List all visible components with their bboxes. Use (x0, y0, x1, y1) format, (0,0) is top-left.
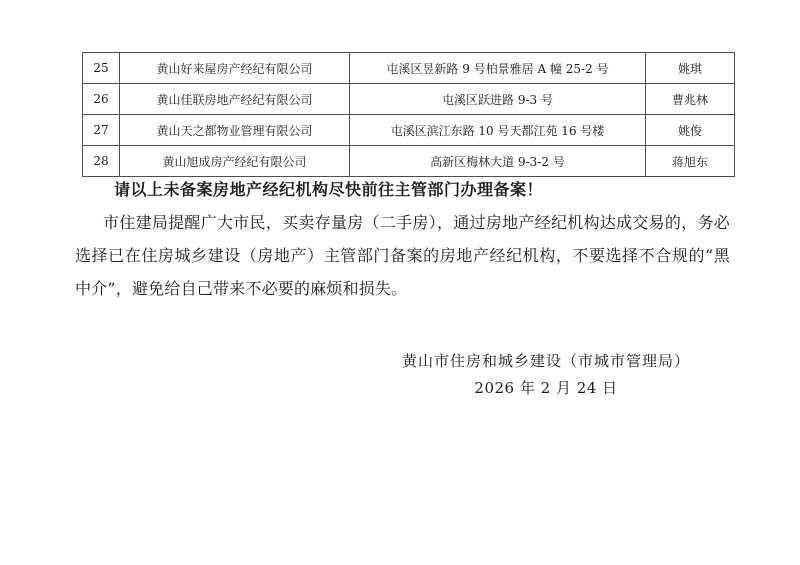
notice-heading: 请以上未备案房地产经纪机构尽快前往主管部门办理备案！ (75, 179, 735, 201)
row-number: 27 (83, 115, 120, 146)
company-name: 黄山佳联房地产经纪有限公司 (120, 84, 350, 115)
company-name: 黄山好来屋房产经纪有限公司 (120, 53, 350, 84)
company-address: 高新区梅林大道 9-3-2 号 (350, 146, 646, 177)
document-page: 25 黄山好来屋房产经纪有限公司 屯溪区昱新路 9 号柏景雅居 A 幢 25-2… (0, 0, 800, 565)
row-number: 28 (83, 146, 120, 177)
signature-block: 黄山市住房和城乡建设（市城市管理局） 2026 年 2 月 24 日 (346, 348, 746, 402)
contact-person: 曹兆林 (646, 84, 735, 115)
contact-person: 姚俊 (646, 115, 735, 146)
company-name: 黄山旭成房产经纪有限公司 (120, 146, 350, 177)
company-name: 黄山天之都物业管理有限公司 (120, 115, 350, 146)
company-address: 屯溪区跃进路 9-3 号 (350, 84, 646, 115)
table-row: 26 黄山佳联房地产经纪有限公司 屯溪区跃进路 9-3 号 曹兆林 (83, 84, 735, 115)
issue-date: 2026 年 2 月 24 日 (346, 375, 746, 402)
company-address: 屯溪区滨江东路 10 号天都江苑 16 号楼 (350, 115, 646, 146)
row-number: 26 (83, 84, 120, 115)
agency-table: 25 黄山好来屋房产经纪有限公司 屯溪区昱新路 9 号柏景雅居 A 幢 25-2… (82, 52, 735, 177)
table-row: 25 黄山好来屋房产经纪有限公司 屯溪区昱新路 9 号柏景雅居 A 幢 25-2… (83, 53, 735, 84)
notice-paragraph: 市住建局提醒广大市民，买卖存量房（二手房），通过房地产经纪机构达成交易的，务必选… (75, 206, 730, 305)
table-row: 27 黄山天之都物业管理有限公司 屯溪区滨江东路 10 号天都江苑 16 号楼 … (83, 115, 735, 146)
company-address: 屯溪区昱新路 9 号柏景雅居 A 幢 25-2 号 (350, 53, 646, 84)
table-row: 28 黄山旭成房产经纪有限公司 高新区梅林大道 9-3-2 号 蒋旭东 (83, 146, 735, 177)
row-number: 25 (83, 53, 120, 84)
contact-person: 姚琪 (646, 53, 735, 84)
contact-person: 蒋旭东 (646, 146, 735, 177)
issuer-name: 黄山市住房和城乡建设（市城市管理局） (346, 348, 746, 375)
